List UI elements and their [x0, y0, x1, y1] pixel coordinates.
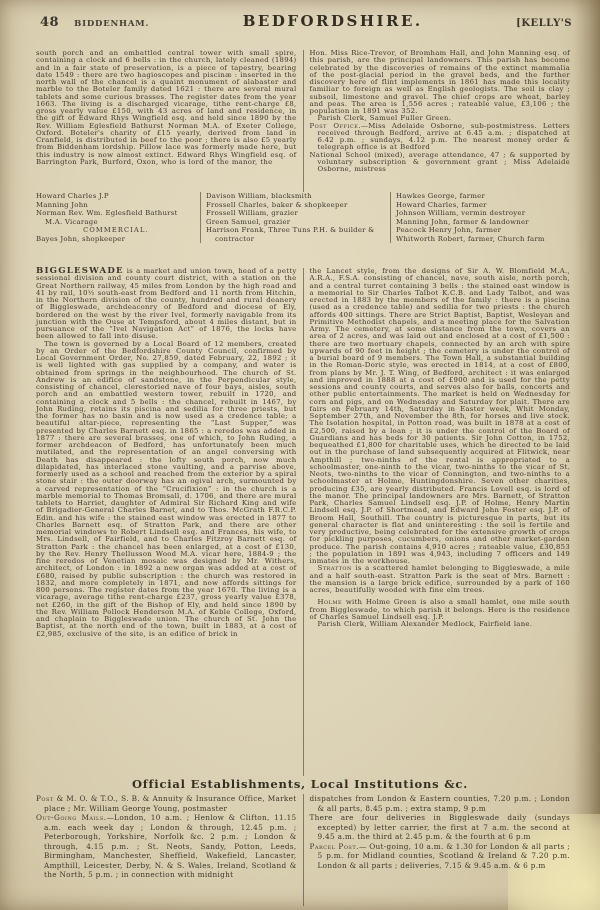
biggleswade-town-paragraph: The town is governed by a Local Board of… [36, 341, 297, 638]
outgoing-mails-entry: Out-Going Mails.—London, 10 a.m. ; Henlo… [36, 813, 297, 880]
biddenham-post-office: Post Office.—Miss Adelaide Osborne, sub-… [310, 123, 571, 152]
official-left-column: Post & M. O. & T.O., S. B. & Annuity & I… [36, 794, 303, 906]
biddenham-left-column: south porch and an embattled central tow… [36, 50, 303, 192]
directory-entry: Davison William, blacksmith [206, 192, 386, 201]
directory-entry: Howard Charles, farmer [396, 201, 570, 210]
county-title: BEDFORDSHIRE. [149, 12, 516, 30]
parcel-post-entry: Parcel Post.— Out-going, 10 a.m. & 1.30 … [310, 842, 571, 871]
directory-column-2: Davison William, blacksmith Frossell Cha… [200, 192, 390, 243]
scanned-directory-page: 48 BIDDENHAM. BEDFORDSHIRE. [KELLY'S sou… [0, 0, 600, 910]
parcel-post-lead: Parcel Post. [310, 842, 360, 851]
official-establishments-heading: Official Establishments, Local Instituti… [0, 777, 600, 791]
directory-entry: Hawkes George, farmer [396, 192, 570, 201]
holme-text: with Holme Green is also a small hamlet,… [310, 598, 571, 621]
official-establishments: Post & M. O. & T.O., S. B. & Annuity & I… [36, 794, 570, 906]
biddenham-national-school: National School (mixed), average attenda… [310, 152, 571, 174]
commercial-heading: COMMERCIAL. [36, 226, 196, 235]
directory-entry: Harrison Frank, Three Tuns P.H. & builde… [206, 226, 386, 243]
directory-entry: Johnson William, vermin destroyer [396, 209, 570, 218]
directory-column-1: Howard Charles J.P Manning John Norman R… [36, 192, 200, 243]
directory-entry: Green Samuel, grazier [206, 218, 386, 227]
holme-paragraph: Holme with Holme Green is also a small h… [310, 599, 571, 621]
stratton-paragraph: Stratton is a scattered hamlet belonging… [310, 565, 571, 594]
biggleswade-right-column: the Lancet style, from the designs of Si… [303, 268, 571, 776]
post-lead: Post [36, 794, 54, 803]
residents-directory: Howard Charles J.P Manning John Norman R… [36, 192, 570, 243]
directory-entry: Howard Charles J.P [36, 192, 196, 201]
biggleswade-left-column: BIGGLESWADE is a market and union town, … [36, 268, 303, 776]
biddenham-right-column: Hon. Miss Rice-Trevor, of Bromham Hall, … [303, 50, 571, 192]
directory-entry: Frossell William, grazier [206, 209, 386, 218]
outgoing-mails-lead: Out-Going Mails. [36, 813, 107, 822]
biddenham-left-paragraph: south porch and an embattled central tow… [36, 50, 297, 166]
dispatches-entry: dispatches from London & Eastern countie… [310, 794, 571, 813]
page-number: 48 [40, 15, 59, 30]
parish-name: BIDDENHAM. [74, 19, 149, 29]
publisher-mark: [KELLY'S [516, 18, 572, 29]
biggleswade-intro-paragraph: BIGGLESWADE is a market and union town, … [36, 268, 297, 341]
biggleswade-parish-clerk: Parish Clerk, William Alexander Medlock,… [310, 621, 571, 628]
post-text: & M. O. & T.O., S. B. & Annuity & Insura… [44, 794, 297, 813]
directory-entry: Manning John [36, 201, 196, 210]
biggleswade-intro-text: is a market and union town, head of a pe… [36, 267, 297, 340]
biddenham-continuation: south porch and an embattled central tow… [36, 50, 570, 192]
directory-entry: Peacock Henry John, farmer [396, 226, 570, 235]
biggleswade-description: BIGGLESWADE is a market and union town, … [36, 268, 570, 776]
directory-entry: Whitworth Robert, farmer, Church farm [396, 235, 570, 244]
directory-entry: Bayes John, shopkeeper [36, 235, 196, 244]
running-head: 48 BIDDENHAM. BEDFORDSHIRE. [KELLY'S [40, 12, 572, 30]
directory-column-3: Hawkes George, farmer Howard Charles, fa… [390, 192, 570, 243]
post-office-entry: Post & M. O. & T.O., S. B. & Annuity & I… [36, 794, 297, 813]
page-edge-shadow [574, 0, 600, 910]
directory-entry: Norman Rev. Wm. Eglesfield Bathurst M.A.… [36, 209, 196, 226]
biddenham-right-paragraph: Hon. Miss Rice-Trevor, of Bromham Hall, … [310, 50, 571, 115]
biggleswade-right-paragraph: the Lancet style, from the designs of Si… [310, 268, 571, 565]
deliveries-entry: There are four deliveries in Biggleswade… [310, 813, 571, 842]
directory-entry: Manning John, farmer & landowner [396, 218, 570, 227]
official-right-column: dispatches from London & Eastern countie… [303, 794, 571, 906]
outgoing-mails-text: —London, 10 a.m. ; Henlow & Clifton, 11.… [44, 813, 297, 879]
directory-entry: Frossell Charles, baker & shopkeeper [206, 201, 386, 210]
